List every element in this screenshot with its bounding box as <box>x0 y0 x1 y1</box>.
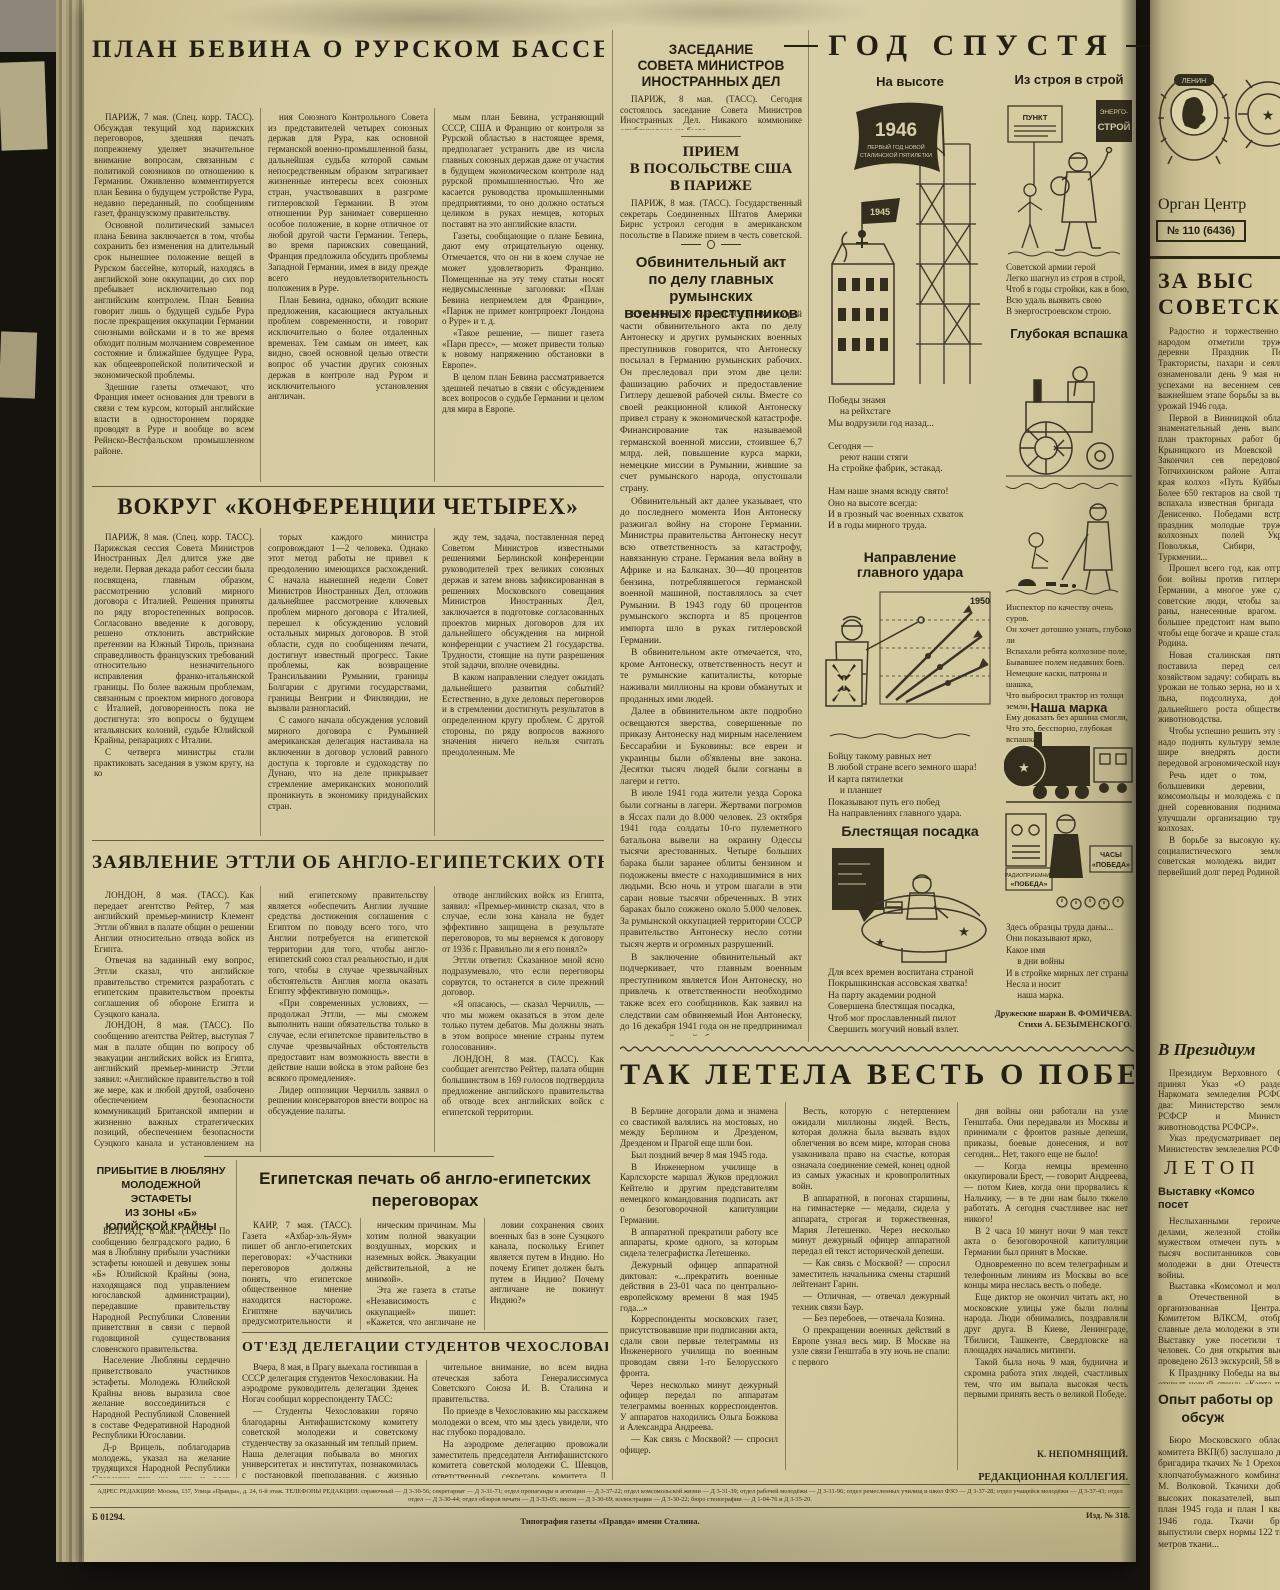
chart <box>880 592 990 704</box>
chart-year-label: 1950 <box>970 596 990 606</box>
paragraph: В заключение обвинительный акт подчеркив… <box>620 953 802 1036</box>
locomotive-star-icon: ★ <box>1018 760 1030 775</box>
ground-line <box>1006 590 1118 594</box>
paragraph: отводе английских войск из Египта, заяви… <box>442 890 604 954</box>
paragraph: В Инженерном училище в Карлсхорсте марша… <box>620 1162 778 1226</box>
priem-body: ПАРИЖ, 8 мая. (ТАСС). Государственный се… <box>620 198 802 238</box>
letopis-title: ЛЕТОП <box>1164 1156 1261 1180</box>
radio-set <box>1006 814 1046 866</box>
egypt-headline: Египетская печать об англо-египетских пе… <box>242 1168 608 1212</box>
flag-1945-year: 1945 <box>870 207 890 217</box>
cartoon-signature: Дружеские шаржи В. ФОМИЧЕВА. Стихи А. БЕ… <box>964 1008 1132 1030</box>
section-rule <box>92 486 604 487</box>
vokrug-col-2: торых каждого министра сопровождают 1—2 … <box>268 532 428 832</box>
column-rule <box>260 886 261 1152</box>
helper-figure <box>1029 533 1048 568</box>
conductor-figure <box>1057 815 1075 833</box>
paragraph: мым план Бевина, устраняющий СССР, США и… <box>442 112 604 230</box>
paragraph: Население Любляны сердечно приветствовал… <box>92 1355 230 1441</box>
paragraph: Весть, которую с нетерпением ожидали мил… <box>792 1106 950 1192</box>
masthead-rule <box>1150 256 1280 259</box>
german-helmet <box>1018 579 1036 586</box>
paragraph: — Отличная, — отвечал дежурный техник св… <box>792 1291 950 1312</box>
paper-scrap <box>0 61 48 151</box>
imprint-izd-number: Изд. № 318. <box>1030 1510 1130 1520</box>
building-windows <box>838 278 888 351</box>
editorial-board-signature: РЕДАКЦИОННАЯ КОЛЛЕГИЯ. <box>944 1472 1128 1483</box>
paragraph: ЛОНДОН, 8 мая. (ТАСС). Как сообщает аген… <box>442 1054 604 1118</box>
conductor-tunic <box>1049 834 1083 878</box>
paragraph: Речь идет о том, чтобы большевики деревн… <box>1158 770 1280 834</box>
paragraph: дня войны они работали на узле Генштаба.… <box>964 1106 1128 1160</box>
item-rule <box>681 136 741 137</box>
paragraph: Основной политический замысел плана Беви… <box>94 220 254 381</box>
bevin-headline: ПЛАН БЕВИНА О РУРСКОМ БАССЕЙНЕ <box>92 36 604 64</box>
paragraph: О прекращении военных действий в Европе … <box>792 1325 950 1368</box>
panel-title-na-vysote: На высоте <box>824 74 996 89</box>
attlee-col-3: отводе английских войск из Египта, заяви… <box>442 890 604 1148</box>
paragraph: чительное внимание, во всем видна отечес… <box>432 1362 608 1405</box>
paragraph: Выставка «Комсомол и молодежь в Отечеств… <box>1158 1281 1280 1367</box>
imprint-rule <box>90 1484 1130 1485</box>
paragraph: Обвинительный акт далее указывает, что д… <box>620 497 802 648</box>
soldier-on-roof <box>856 230 868 248</box>
ground-line <box>1008 252 1120 256</box>
egypt-col-1: КАИР, 7 мая. (ТАСС). Газета «Ахбар-эль-Я… <box>242 1220 352 1326</box>
paragraph: жду тем, задача, поставленная перед Сове… <box>442 532 604 671</box>
vest-col-1: В Берлине догорали дома и знамена со сва… <box>620 1106 778 1468</box>
paragraph: Корреспонденты московских газет, присутс… <box>620 1314 778 1378</box>
watches-row <box>1057 897 1123 909</box>
pribytie-title: ПРИБЫТИЕ В ЛЮБЛЯНУ МОЛОДЕЖНОЙ ЭСТАФЕТЫ И… <box>92 1164 230 1234</box>
section-rule <box>242 1332 608 1333</box>
paragraph: Дежурный офицер аппаратной диктовал: «..… <box>620 1260 778 1314</box>
column-rule <box>434 528 435 836</box>
paragraph: В целом план Бевина рассматривается здеш… <box>442 372 604 415</box>
paragraph: С самого начала обсуждения условий мирно… <box>268 715 428 811</box>
zasedanie-title: ЗАСЕДАНИЕ СОВЕТА МИНИСТРОВ ИНОСТРАННЫХ Д… <box>620 42 802 90</box>
presidium-title: В Президиум <box>1158 1040 1255 1060</box>
paragraph: Прошел всего год, как отгремели бои войн… <box>1158 563 1280 649</box>
paragraph: Через несколько минут дежурный офицер пе… <box>620 1380 778 1434</box>
bevin-col-3: мым план Бевина, устраняющий СССР, США и… <box>442 112 604 480</box>
paragraph: Радостно и торжественно всем народом отм… <box>1158 326 1280 412</box>
otezd-title: ОТ'ЕЗД ДЕЛЕГАЦИИ СТУДЕНТОВ ЧЕХОСЛОВАКИИ <box>242 1340 608 1356</box>
paragraph: Эта же газета в статье «Независимость с … <box>366 1285 476 1326</box>
divider-dash <box>721 244 741 245</box>
paragraph: ний египетскому правительству является «… <box>268 890 428 997</box>
paragraph: Одновременно по всем телеграфным и телеф… <box>964 1259 1128 1291</box>
column-rule <box>957 1102 958 1470</box>
letopis-subtitle: Выставку «Комсо посет <box>1158 1186 1255 1212</box>
reichstag-building <box>832 202 894 384</box>
paragraph: К Празднику Победы на выставке открыт но… <box>1158 1368 1280 1384</box>
sign-punkt-label: ПУНКТ <box>1023 113 1048 122</box>
radio-label-line1: РАДИОПРИЕМНИК <box>1005 873 1054 879</box>
letopis-body: Неслыханными героическими делами, железн… <box>1158 1216 1280 1384</box>
vokrug-col-1: ПАРИЖ, 8 мая. (Спец. корр. ТАСС). Парижс… <box>94 532 254 832</box>
god-title-row: ГОД СПУСТЯ <box>810 26 1134 66</box>
paragraph: В борьбе за высокую культуру социалистич… <box>1158 835 1280 878</box>
column-rule <box>260 108 261 482</box>
paragraph: Президиум Верховного Совета принял Указ … <box>1158 1068 1280 1132</box>
flag-1946-year: 1946 <box>875 120 917 141</box>
wing-star-icon: ★ <box>958 924 970 939</box>
paragraph: — Студенты Чехословакии горячо благодарн… <box>242 1406 418 1478</box>
imprint-code: Б 01294. <box>92 1512 125 1523</box>
paragraph: ловии сохранения своих военных баз в зон… <box>490 1220 604 1306</box>
paragraph: «Я опасаюсь, — сказал Черчилль, — что мы… <box>442 999 604 1053</box>
act-body: БУХАРЕСТ, 8 мая. (ТАСС). Во второй части… <box>620 310 802 1036</box>
paragraph: План Бевина, однако, обходит всякие пред… <box>268 295 428 402</box>
circle-divider <box>681 240 741 248</box>
panel-title-marka: Наша марка <box>1004 700 1134 715</box>
panel-title-napravlenie: Направление главного удара <box>824 550 996 580</box>
egypt-col-3: ловии сохранения своих военных баз в зон… <box>490 1220 604 1326</box>
paragraph: Такой была ночь 9 мая, буднична и скромн… <box>964 1357 1128 1400</box>
paragraph: торых каждого министра сопровождают 1—2 … <box>268 532 428 714</box>
order-of-lenin-medallions: ЛЕНИН ★ <box>1156 48 1280 188</box>
paragraph: В Берлине догорали дома и знамена со сва… <box>620 1106 778 1149</box>
photo-corner-background <box>0 0 64 52</box>
feature-border <box>808 30 809 1042</box>
paragraph: Газеты, сообщающие о плане Бевина, дают … <box>442 231 604 327</box>
vest-col-3: дня войны они работали на узле Генштаба.… <box>964 1106 1128 1446</box>
wavy-rule <box>620 1044 1134 1053</box>
column-rule <box>426 1360 427 1480</box>
binding-gutter-shadow <box>1120 0 1154 1590</box>
attlee-col-1: ЛОНДОН, 8 мая. (ТАСС). Как передает аген… <box>94 890 254 1148</box>
paragraph: Вчера, 8 мая, в Прагу выехала гостившая … <box>242 1362 418 1405</box>
column-rule <box>785 1102 786 1470</box>
vokrug-col-3: жду тем, задача, поставленная перед Сове… <box>442 532 604 832</box>
column-rule <box>434 108 435 482</box>
column-rule <box>434 886 435 1152</box>
paragraph: По приезде в Чехословакию мы расскажем м… <box>432 1406 608 1438</box>
scanned-newspaper-photo: ПЛАН БЕВИНА О РУРСКОМ БАССЕЙНЕ ПАРИЖ, 7 … <box>0 0 1280 1590</box>
vokrug-headline: ВОКРУГ «КОНФЕРЕНЦИИ ЧЕТЫРЕХ» <box>92 494 604 520</box>
zasedanie-body: ПАРИЖ, 8 мая. (ТАСС). Сегодня состоялось… <box>620 94 802 130</box>
presidium-body: Президиум Верховного Совета принял Указ … <box>1158 1068 1280 1152</box>
vest-col-2: Весть, которую с нетерпением ожидали мил… <box>792 1106 950 1468</box>
masthead-organ-line: Орган Центр <box>1158 196 1246 214</box>
imprint-rule <box>90 1507 1130 1508</box>
paragraph: ния Союзного Контрольного Совета из пред… <box>268 112 428 294</box>
inspector-figure <box>1062 504 1112 590</box>
paragraph: БЕЛГРАД, 8 мая. (ТАСС). По сообщению бел… <box>92 1226 230 1354</box>
paragraph: Далее в обвинительном акте подробно осве… <box>620 707 802 788</box>
paragraph: «Такое решение, — пишет газета «Пари пре… <box>442 328 604 371</box>
furrows <box>1006 476 1132 489</box>
paragraph: В обвинительном акте отмечается, что, кр… <box>620 648 802 706</box>
verse-na-vysote: Победы знамя на рейхстаге Мы водрузили г… <box>828 396 996 533</box>
paragraph: ЛОНДОН, 8 мая. (ТАСС). Как передает аген… <box>94 890 254 954</box>
cartoon-iz-stroya-illustration: ПУНКТ ЭНЕРГО- СТРОЙ <box>1004 90 1134 258</box>
title-dash <box>784 45 818 47</box>
right-page-lead: Радостно и торжественно всем народом отм… <box>1158 326 1280 1036</box>
otezd-col-2: чительное внимание, во всем видна отечес… <box>432 1362 608 1478</box>
paragraph: С четверга министры стали практиковать з… <box>94 747 254 779</box>
section-rule <box>92 840 604 841</box>
order-star-icon: ★ <box>1262 109 1275 124</box>
cartoon-napravlenie-illustration: 1950 <box>824 586 996 746</box>
cartoon-posadka-illustration: ★ ★ <box>824 844 996 966</box>
verse-marka: Здесь образцы труда даны... Они показыва… <box>1006 922 1134 1002</box>
soldier-figure <box>1051 148 1112 251</box>
paragraph: Отвечая на заданный ему вопрос, Эттли ск… <box>94 955 254 1019</box>
paragraph: — Без перебоев, — отвечала Козина. <box>792 1313 950 1324</box>
divider-dash <box>681 244 701 245</box>
paragraph: В аппаратной, в погонах старшины, на гим… <box>792 1193 950 1257</box>
paragraph: В каком направлении следует ожидать даль… <box>442 672 604 758</box>
divider-circle-icon <box>707 240 714 249</box>
paragraph: Неслыханными героическими делами, железн… <box>1158 1216 1280 1280</box>
priem-title: ПРИЕМ В ПОСОЛЬСТВЕ США В ПАРИЖЕ <box>620 144 802 195</box>
paragraph: Д-р Врицель, поблагодарив молодежь, указ… <box>92 1442 230 1478</box>
paragraph: ЛОНДОН, 8 мая. (ТАСС). По сообщению аген… <box>94 1020 254 1148</box>
vest-byline: К. НЕПОМНЯЩИЙ. <box>964 1450 1128 1461</box>
bevin-col-1: ПАРИЖ, 7 мая. (Спец. корр. ТАСС). Обсужд… <box>94 112 254 480</box>
opyt-body: Бюро Московского областного комитета ВКП… <box>1158 1436 1280 1586</box>
paragraph: КАИР, 7 мая. (ТАСС). Газета «Ахбар-эль-Я… <box>242 1220 352 1326</box>
paragraph: ПАРИЖ, 8 мая. (ТАСС). Государственный се… <box>620 198 802 238</box>
paragraph: Первой в Винницкой области в знаменатель… <box>1158 413 1280 563</box>
ground-line <box>830 734 970 738</box>
column-rule <box>236 1160 237 1478</box>
panel-title-vspashka: Глубокая вспашка <box>1004 326 1134 341</box>
flag-1946-sub2: СТАЛИНСКОЙ ПЯТИЛЕТКИ <box>860 151 932 159</box>
flag-1946-sub1: ПЕРВЫЙ ГОД НОВОЙ <box>867 143 924 151</box>
boy-figure <box>1018 184 1042 248</box>
paragraph: «При современных условиях, — продолжал Э… <box>268 998 428 1084</box>
column-rule <box>612 30 613 1480</box>
panel-title-iz-stroya: Из строя в строй <box>1004 72 1134 87</box>
officer-figure <box>826 617 924 707</box>
otezd-col-1: Вчера, 8 мая, в Прагу выехала гостившая … <box>242 1362 418 1478</box>
cartoon-na-vysote-illustration: 1946 ПЕРВЫЙ ГОД НОВОЙ СТАЛИНСКОЙ ПЯТИЛЕТ… <box>824 94 996 390</box>
page-stack-edge <box>56 0 84 1562</box>
column-rule <box>260 528 261 836</box>
paragraph: — Когда немцы временно оккупировали Брес… <box>964 1161 1128 1225</box>
paragraph: ПАРИЖ, 8 мая. (Спец. корр. ТАСС). Парижс… <box>94 532 254 746</box>
paragraph: Эттли ответил: Сказанное мной ясно подра… <box>442 955 604 998</box>
paragraph: На аэродроме делегацию провожали замести… <box>432 1439 608 1478</box>
shells-debris <box>1046 582 1076 588</box>
egypt-col-2: ническим причинам. Мы хотим полной эваку… <box>366 1220 476 1326</box>
god-title: ГОД СПУСТЯ <box>828 29 1116 63</box>
newspaper-page-right: ЛЕНИН ★ Орган Центр № 110 (6436) ЗА ВЫС … <box>1150 0 1280 1590</box>
paragraph: Здешние газеты отмечают, что Франция име… <box>94 382 254 457</box>
paragraph: В 2 часа 10 минут ночи 9 мая текст акта … <box>964 1226 1128 1258</box>
panel-title-posadka: Блестящая посадка <box>824 824 996 839</box>
attlee-headline: ЗАЯВЛЕНИЕ ЭТТЛИ ОБ АНГЛО-ЕГИПЕТСКИХ ОТНО… <box>92 852 604 874</box>
paragraph: Новая сталинская пятилетка поставила пер… <box>1158 650 1280 725</box>
paragraph: В июле 1941 года жители уезда Сорока был… <box>620 789 802 951</box>
paragraph: — Как связь с Москвой? — спросил офицер. <box>620 1434 778 1455</box>
paragraph: — Как связь с Москвой? — спросил замести… <box>792 1258 950 1290</box>
vest-headline: ТАК ЛЕТЕЛА ВЕСТЬ О ПОБЕДЕ <box>620 1058 1134 1092</box>
section-rule <box>204 1156 494 1157</box>
attlee-col-2: ний египетскому правительству является «… <box>268 890 428 1148</box>
paragraph: ПАРИЖ, 7 мая. (Спец. корр. ТАСС). Обсужд… <box>94 112 254 219</box>
paragraph: Чтобы успешно решить эту задачу, надо по… <box>1158 726 1280 769</box>
watch-sign-line1: ЧАСЫ <box>1100 852 1122 859</box>
paragraph: ПАРИЖ, 8 мая. (ТАСС). Сегодня состоялось… <box>620 94 802 130</box>
cartoon-vspashka-illustration <box>1004 344 1134 596</box>
imprint-address-phones-line2: отдел — Д 3-30-44; отдел обзоров печати … <box>190 1496 1030 1504</box>
paragraph: Еще диктор не окончил читать акт, но мос… <box>964 1292 1128 1356</box>
verse-napravlenie: Бойцу такому равных нет В любой стране в… <box>828 752 996 820</box>
paragraph: В аппаратной прекратили работу все аппар… <box>620 1227 778 1259</box>
issue-number: № 110 (6436) <box>1156 220 1246 242</box>
imprint-printer: Типография газеты «Правда» имени Сталина… <box>384 1516 836 1526</box>
paragraph: Указ предусматривает передачу Министерст… <box>1158 1133 1280 1152</box>
order-lenin-label: ЛЕНИН <box>1182 78 1206 85</box>
column-rule <box>360 1218 361 1330</box>
paper-scrap <box>0 331 37 398</box>
pribytie-body: БЕЛГРАД, 8 мая. (ТАСС). По сообщению бел… <box>92 1226 230 1478</box>
paragraph: Лидер оппозиции Черчилль заявил о решени… <box>268 1085 428 1117</box>
tractor <box>1020 367 1113 474</box>
verse-iz-stroya: Советской армии герой Легко шагнул из ст… <box>1006 262 1134 317</box>
paragraph: Был поздний вечер 8 мая 1945 года. <box>620 1150 778 1161</box>
paragraph: БУХАРЕСТ, 8 мая. (ТАСС). Во второй части… <box>620 310 802 496</box>
paragraph: ническим причинам. Мы хотим полной эваку… <box>366 1220 476 1284</box>
column-rule <box>484 1218 485 1330</box>
imprint-address-phones-line1: АДРЕС РЕДАКЦИИ: Москва, 137, Улица «Прав… <box>90 1488 1130 1496</box>
newspaper-page-left: ПЛАН БЕВИНА О РУРСКОМ БАССЕЙНЕ ПАРИЖ, 7 … <box>84 0 1136 1562</box>
bevin-col-2: ния Союзного Контрольного Совета из пред… <box>268 112 428 480</box>
wing-star-icon: ★ <box>875 937 885 949</box>
radio-label-line2: «ПОБЕДА» <box>1011 881 1048 888</box>
cartoon-marka-illustration: ★ РАДИОПРИЕМНИК «ПОБЕДА» <box>1004 718 1134 918</box>
opyt-title: Опыт работы ор обсуж <box>1158 1390 1273 1426</box>
paragraph: Бюро Московского областного комитета ВКП… <box>1158 1436 1280 1551</box>
right-page-headline: ЗА ВЫС СОВЕТСК <box>1158 268 1280 320</box>
